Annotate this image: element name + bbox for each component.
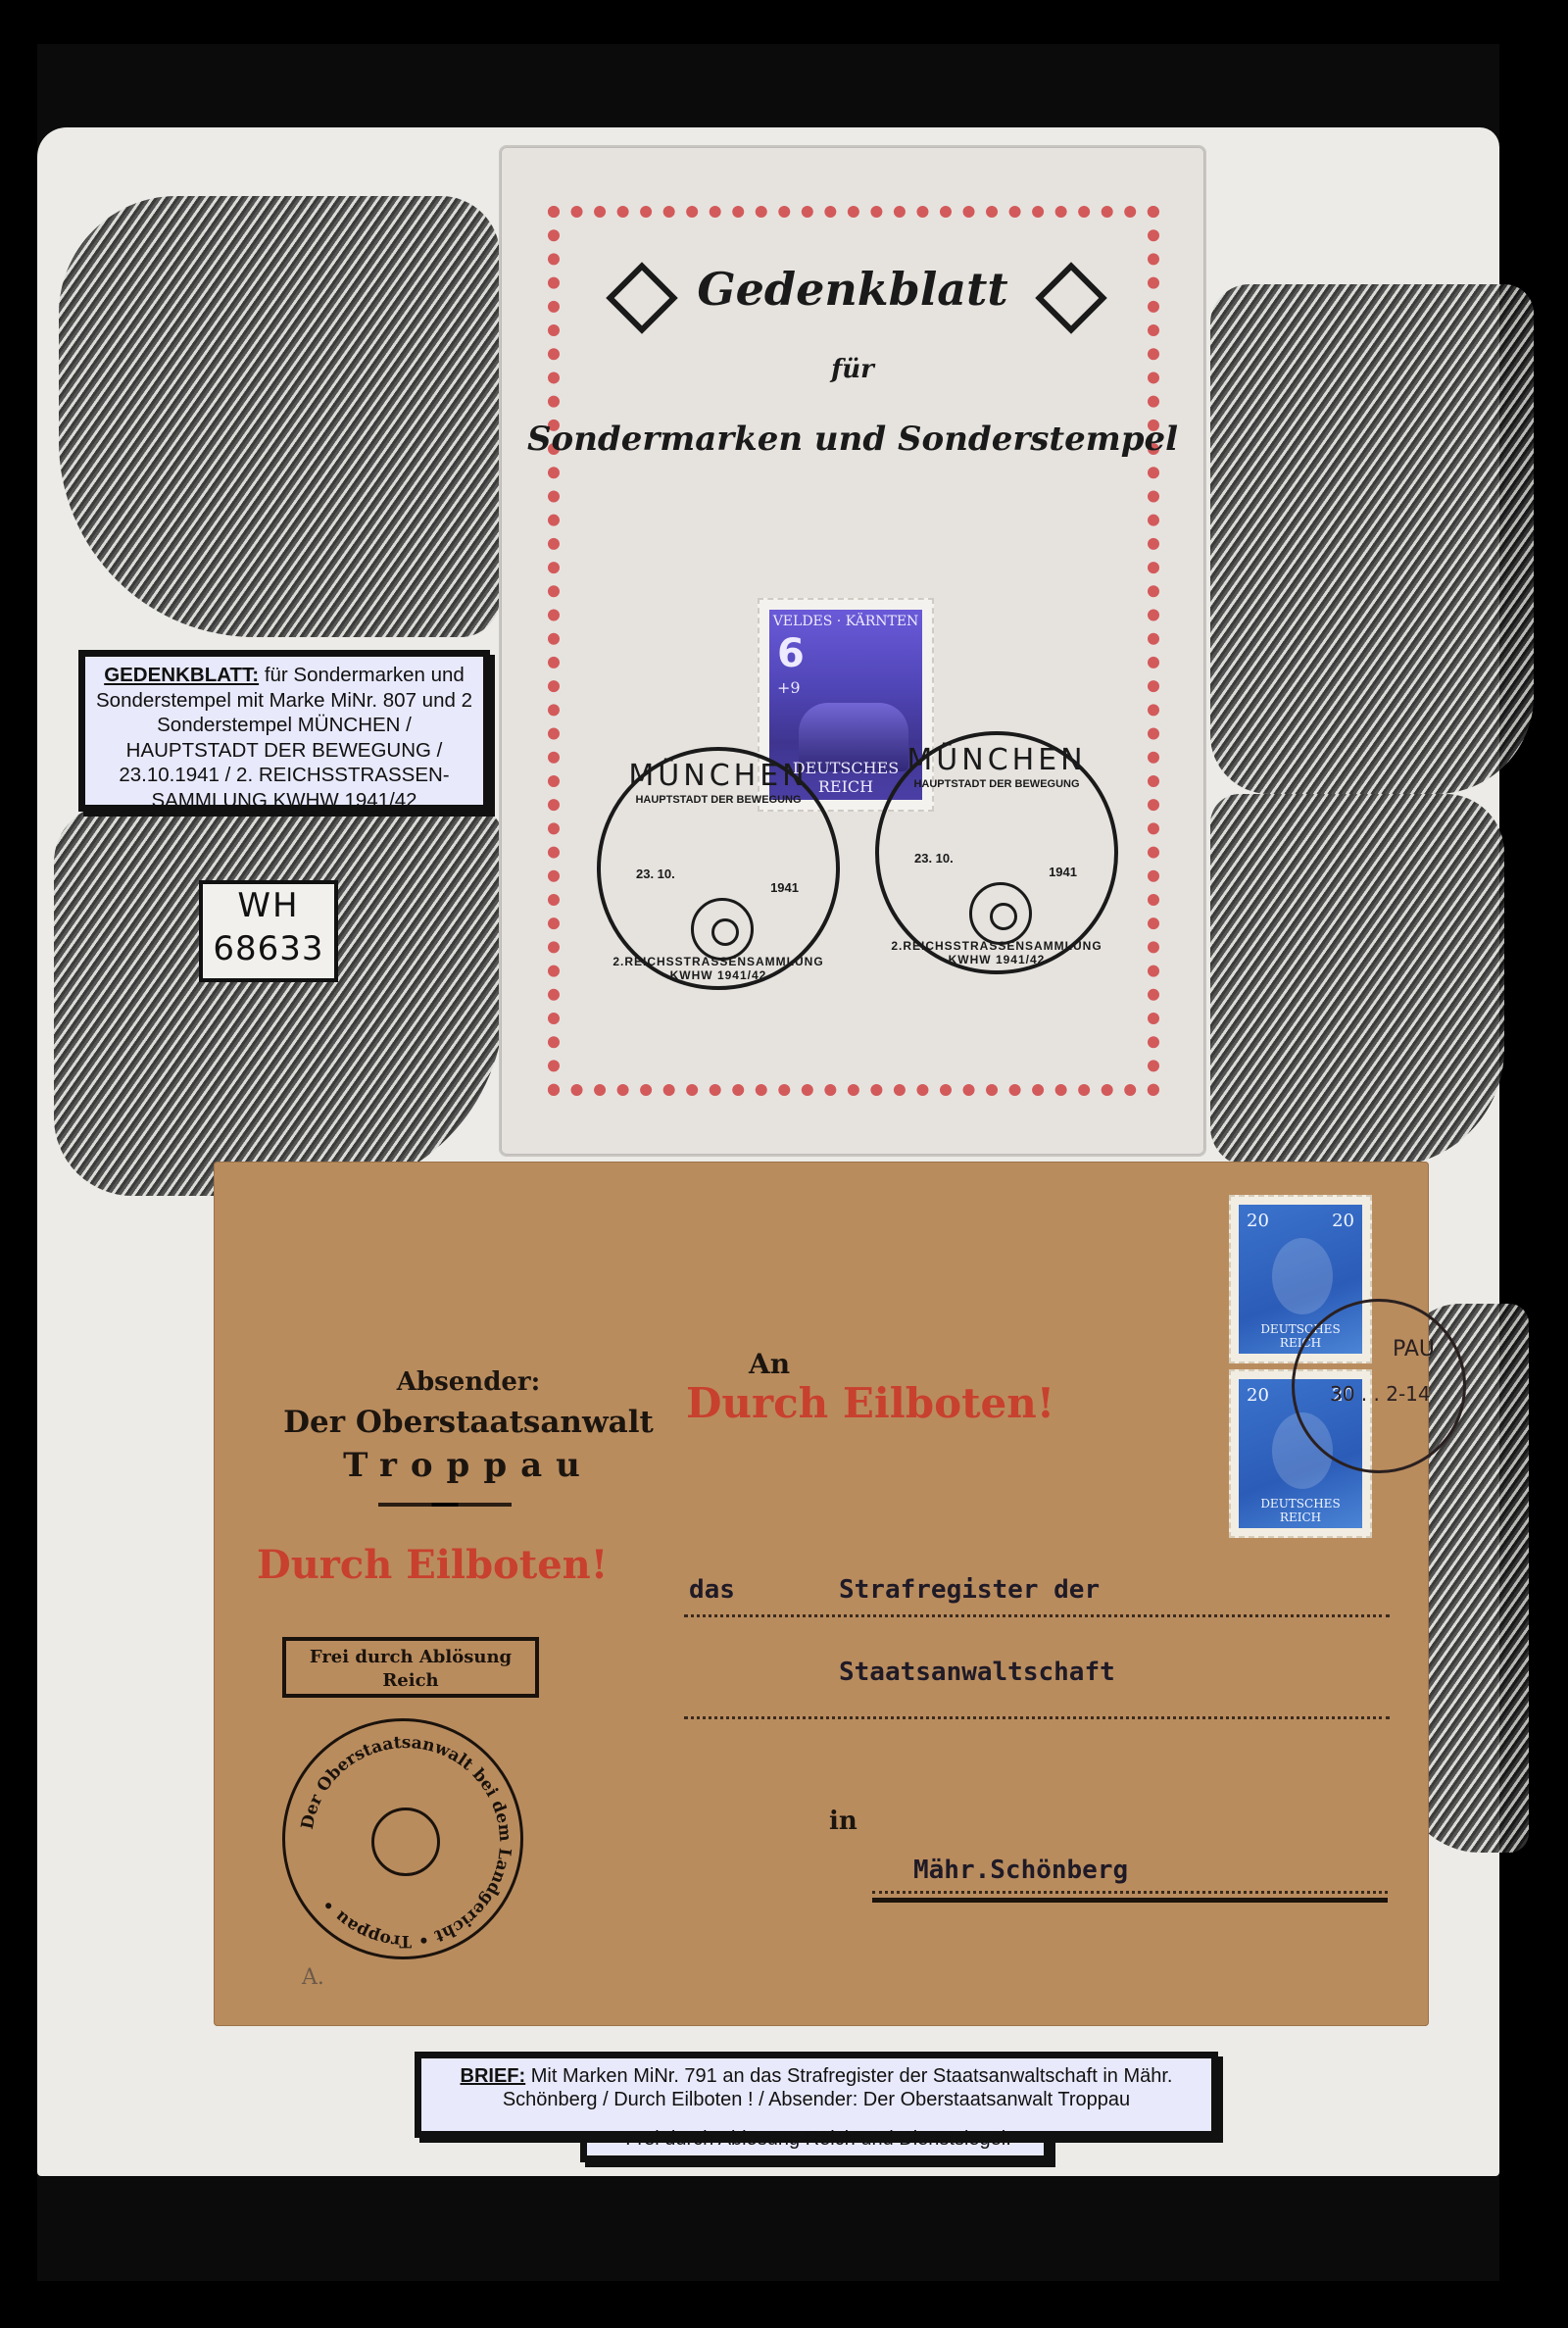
- address-line-2: Staatsanwaltschaft: [839, 1658, 1115, 1687]
- seal-emblem-placeholder-icon: [371, 1808, 440, 1876]
- address-das: das: [689, 1575, 735, 1605]
- sketch-soldier-illustration: [59, 196, 500, 637]
- absender-label: Absender:: [331, 1367, 606, 1397]
- postmark-troppau: PAU 30 . . 2-14: [1292, 1299, 1466, 1473]
- express-mark-right: Durch Eilboten!: [686, 1379, 1054, 1427]
- address-in: in: [829, 1807, 857, 1836]
- sketch-motorcycle-illustration: [54, 804, 505, 1196]
- caption-label: GEDENKBLATT:: [104, 664, 259, 686]
- card-subtitle-2: Sondermarken und Sonderstempel: [501, 420, 1204, 459]
- wheel-icon: [969, 882, 1032, 945]
- commemorative-card: Gedenkblatt für Sondermarken und Sonders…: [499, 145, 1206, 1157]
- caption-text: Mit Marken MiNr. 791 an das Strafregiste…: [503, 2065, 1173, 2110]
- address-city: Mähr.Schönberg: [913, 1856, 1128, 1885]
- caption-brief-line3: Frei durch Ablösung Reich und Dienstsieg…: [588, 2127, 1049, 2151]
- frei-durch-abloesung-box: Frei durch Ablösung Reich: [282, 1637, 539, 1698]
- caption-label: BRIEF:: [461, 2065, 526, 2087]
- address-dotted-line: [684, 1614, 1390, 1617]
- sender-city: Troppau: [253, 1446, 684, 1485]
- sketch-vehicle-illustration: [1210, 284, 1534, 794]
- address-line-1: Strafregister der: [839, 1575, 1100, 1605]
- sender-name: Der Oberstaatsanwalt: [253, 1405, 684, 1440]
- ornament-rule: [378, 1503, 512, 1507]
- pencil-mark: A.: [302, 1965, 324, 1990]
- card-title: Gedenkblatt: [501, 263, 1204, 316]
- caption-brief: BRIEF: Mit Marken MiNr. 791 an das Straf…: [415, 2052, 1218, 2138]
- address-dotted-line: [684, 1716, 1390, 1719]
- official-seal: Der Oberstaatsanwalt bei dem Landgericht…: [282, 1718, 523, 1959]
- envelope: Absender: Der Oberstaatsanwalt Troppau D…: [214, 1162, 1429, 2026]
- card-subtitle: für: [501, 355, 1204, 384]
- an-label: An: [749, 1348, 790, 1380]
- portrait-placeholder-icon: [1272, 1238, 1333, 1314]
- postmark-muenchen-2: MÜNCHEN HAUPTSTADT DER BEWEGUNG 23. 10. …: [875, 731, 1118, 974]
- sketch-motorcycle-rider-illustration: [1210, 794, 1504, 1166]
- wheel-icon: [691, 898, 754, 961]
- license-plate: WH 68633: [199, 880, 338, 982]
- express-mark-left: Durch Eilboten!: [257, 1542, 608, 1588]
- address-solid-line: [872, 1898, 1388, 1903]
- address-dotted-line: [872, 1891, 1388, 1894]
- postmark-muenchen-1: MÜNCHEN HAUPTSTADT DER BEWEGUNG 23. 10. …: [597, 747, 840, 990]
- caption-gedenkblatt: GEDENKBLATT: für Sondermarken und Sonder…: [78, 650, 490, 812]
